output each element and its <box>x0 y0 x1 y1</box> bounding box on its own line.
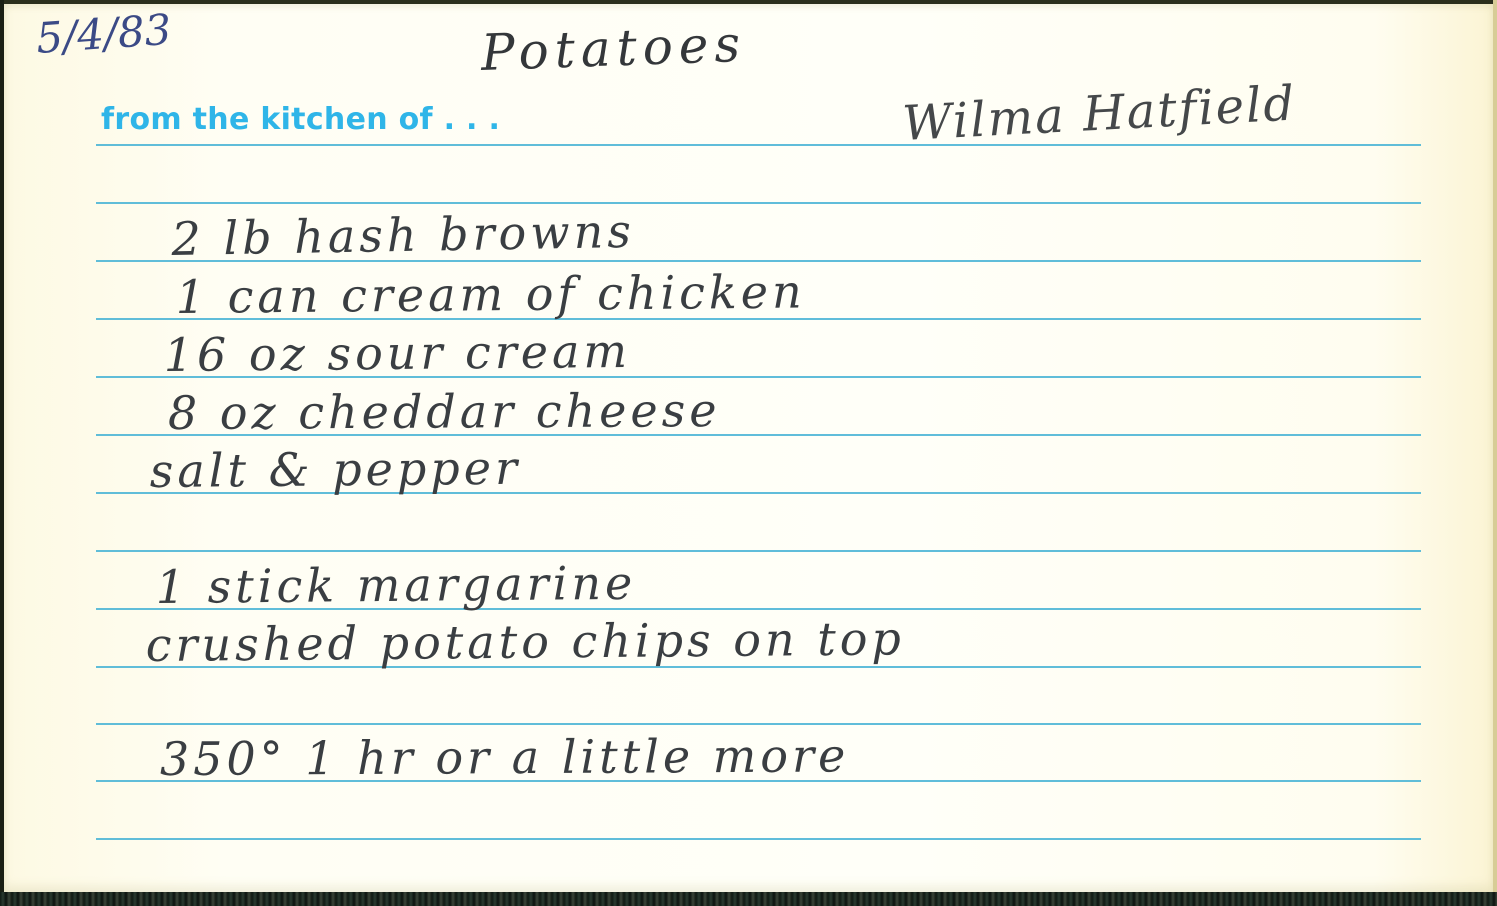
recipe-date: 5/4/83 <box>35 5 173 63</box>
recipe-title: Potatoes <box>480 15 747 82</box>
scan-bottom-edge <box>0 892 1497 906</box>
scan-right-edge <box>1493 0 1497 906</box>
baking-instructions: 350° 1 hr or a little more <box>160 728 850 786</box>
ingredient-line: 16 oz sour cream <box>164 324 632 382</box>
ingredient-line: 2 lb hash browns <box>171 204 635 266</box>
ingredient-line: 1 can cream of chicken <box>176 265 806 324</box>
ingredient-line: 8 oz cheddar cheese <box>168 383 721 440</box>
recipe-card: from the kitchen of . . . 5/4/83 Potatoe… <box>4 4 1493 892</box>
rule-line <box>96 144 1421 146</box>
topping-line: crushed potato chips on top <box>146 611 906 672</box>
topping-line: 1 stick margarine <box>156 556 637 614</box>
rule-line <box>96 838 1421 840</box>
rule-line <box>96 202 1421 204</box>
rule-line <box>96 550 1421 552</box>
preprint-label: from the kitchen of . . . <box>101 102 500 137</box>
rule-line <box>96 723 1421 725</box>
recipe-author: Wilma Hatfield <box>901 75 1297 152</box>
ingredient-line: salt & pepper <box>150 441 522 498</box>
